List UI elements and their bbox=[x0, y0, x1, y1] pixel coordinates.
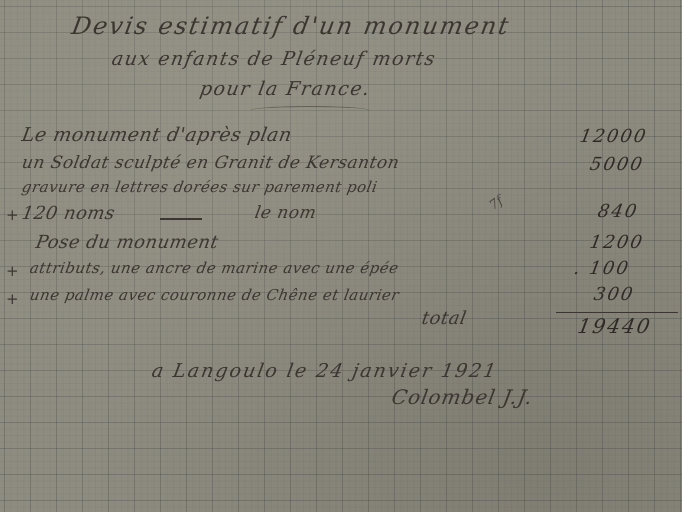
item-amount: 12000 bbox=[578, 126, 649, 147]
item-description: Pose du monument bbox=[34, 232, 220, 253]
item-description: une palme avec couronne de Chêne et laur… bbox=[28, 286, 400, 304]
signature: Colombel J.J. bbox=[390, 385, 535, 409]
place-and-date: a Langoulo le 24 janvier 1921 bbox=[150, 360, 499, 382]
title-line-1: Devis estimatif d'un monument bbox=[70, 12, 513, 40]
unit-price: 7f bbox=[487, 194, 506, 214]
sum-line bbox=[556, 312, 678, 313]
item-sub: le nom bbox=[253, 203, 318, 223]
item-amount: 5000 bbox=[588, 154, 646, 175]
item-description: Le monument d'après plan bbox=[20, 124, 294, 146]
title-flourish bbox=[250, 106, 370, 115]
item-amount: 300 bbox=[592, 284, 636, 305]
plus-mark: + bbox=[6, 206, 19, 224]
item-description: attributs, une ancre de marine avec une … bbox=[28, 259, 400, 277]
plus-mark: + bbox=[6, 290, 19, 308]
title-line-3: pour la France. bbox=[198, 78, 373, 100]
item-description: gravure en lettres dorées sur parement p… bbox=[20, 178, 379, 196]
total-label: total bbox=[420, 308, 468, 329]
dash-separator bbox=[160, 218, 202, 220]
plus-mark: + bbox=[6, 262, 19, 280]
total-amount: 19440 bbox=[576, 314, 654, 338]
item-description: un Soldat sculpté en Granit de Kersanton bbox=[20, 153, 401, 173]
item-description: 120 noms bbox=[20, 203, 117, 224]
title-line-2: aux enfants de Pléneuf morts bbox=[110, 48, 438, 70]
item-amount: 1200 bbox=[588, 232, 646, 253]
item-amount: . 100 bbox=[572, 258, 632, 279]
item-amount: 840 bbox=[596, 201, 640, 222]
